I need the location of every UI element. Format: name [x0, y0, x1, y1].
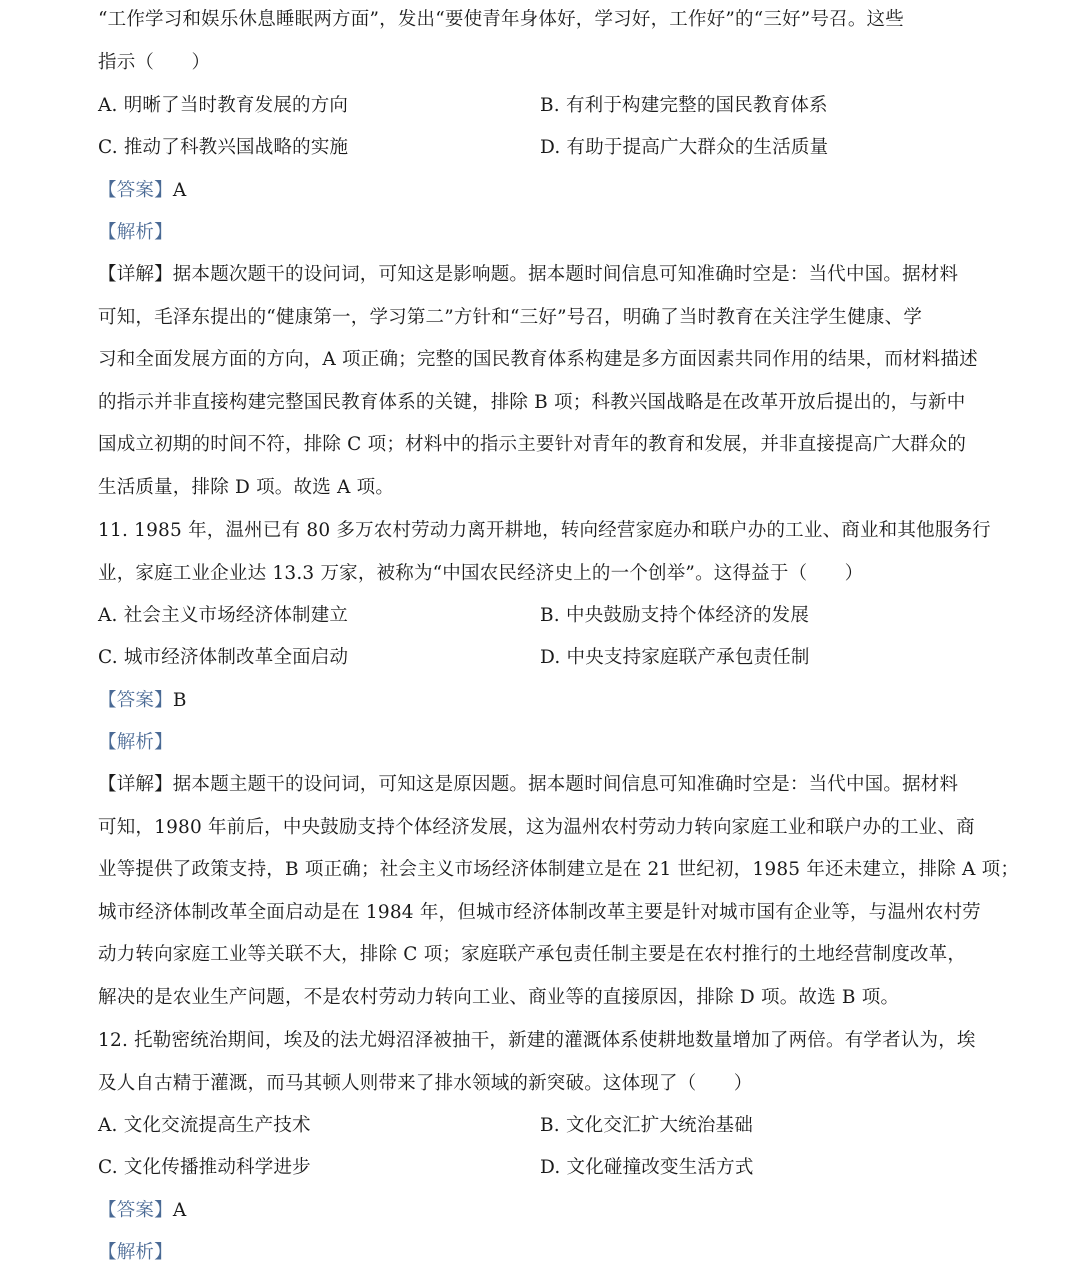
- q11-option-b: B. 中央鼓励支持个体经济的发展: [540, 604, 809, 628]
- q11-detail-line-6: 解决的是农业生产问题，不是农村劳动力转向工业、商业等的直接原因，排除 D 项。故…: [98, 986, 899, 1010]
- q11-option-a: A. 社会主义市场经济体制建立: [98, 604, 348, 628]
- answer-label: 【答案】: [98, 180, 173, 201]
- q11-detail-line-3: 业等提供了政策支持，B 项正确；社会主义市场经济体制建立是在 21 世纪初，19…: [98, 858, 1019, 882]
- answer-value: A: [173, 1200, 187, 1221]
- q10-stem-line-2: 指示（ ）: [98, 51, 210, 75]
- q11-stem-line-1: 11. 1985 年，温州已有 80 多万农村劳动力离开耕地，转向经营家庭办和联…: [98, 519, 991, 543]
- q11-detail-line-4: 城市经济体制改革全面启动是在 1984 年，但城市经济体制改革主要是针对城市国有…: [98, 901, 981, 925]
- q12-option-a: A. 文化交流提高生产技术: [98, 1114, 311, 1138]
- q10-detail-line-6: 生活质量，排除 D 项。故选 A 项。: [98, 476, 394, 500]
- q12-analysis-label: 【解析】: [98, 1241, 173, 1265]
- q11-answer: 【答案】B: [98, 689, 187, 713]
- answer-value: B: [173, 690, 187, 711]
- q10-option-c: C. 推动了科教兴国战略的实施: [98, 136, 348, 160]
- answer-label: 【答案】: [98, 690, 173, 711]
- q10-analysis-label: 【解析】: [98, 221, 173, 245]
- answer-value: A: [173, 180, 187, 201]
- q10-detail-line-4: 的指示并非直接构建完整国民教育体系的关键，排除 B 项；科教兴国战略是在改革开放…: [98, 391, 965, 415]
- q10-detail-line-1: 【详解】据本题次题干的设问词，可知这是影响题。据本题时间信息可知准确时空是：当代…: [98, 263, 958, 287]
- q12-option-c: C. 文化传播推动科学进步: [98, 1156, 311, 1180]
- q11-option-c: C. 城市经济体制改革全面启动: [98, 646, 348, 670]
- q10-stem-line-1: “工作学习和娱乐休息睡眠两方面”，发出“要使青年身体好，学习好，工作好”的“三好…: [98, 8, 904, 32]
- q11-detail-line-1: 【详解】据本题主题干的设问词，可知这是原因题。据本题时间信息可知准确时空是：当代…: [98, 773, 958, 797]
- q12-stem-line-1: 12. 托勒密统治期间，埃及的法尤姆沼泽被抽干，新建的灌溉体系使耕地数量增加了两…: [98, 1029, 976, 1053]
- q10-option-b: B. 有利于构建完整的国民教育体系: [540, 94, 828, 118]
- q10-answer: 【答案】A: [98, 179, 186, 203]
- q12-option-b: B. 文化交汇扩大统治基础: [540, 1114, 753, 1138]
- answer-label: 【答案】: [98, 1200, 173, 1221]
- q11-analysis-label: 【解析】: [98, 731, 173, 755]
- q12-option-d: D. 文化碰撞改变生活方式: [540, 1156, 754, 1180]
- q10-detail-line-5: 国成立初期的时间不符，排除 C 项；材料中的指示主要针对青年的教育和发展，并非直…: [98, 433, 966, 457]
- q11-detail-line-2: 可知，1980 年前后，中央鼓励支持个体经济发展，这为温州农村劳动力转向家庭工业…: [98, 816, 975, 840]
- q12-answer: 【答案】A: [98, 1199, 186, 1223]
- q10-option-a: A. 明晰了当时教育发展的方向: [98, 94, 348, 118]
- q10-detail-line-2: 可知，毛泽东提出的“健康第一，学习第二”方针和“三好”号召，明确了当时教育在关注…: [98, 306, 922, 330]
- q12-stem-line-2: 及人自古精于灌溉，而马其顿人则带来了排水领域的新突破。这体现了（ ）: [98, 1072, 753, 1096]
- q10-option-d: D. 有助于提高广大群众的生活质量: [540, 136, 828, 160]
- q10-detail-line-3: 习和全面发展方面的方向，A 项正确；完整的国民教育体系构建是多方面因素共同作用的…: [98, 348, 978, 372]
- q11-stem-line-2: 业，家庭工业企业达 13.3 万家，被称为“中国农民经济史上的一个创举”。这得益…: [98, 562, 863, 586]
- q11-option-d: D. 中央支持家庭联产承包责任制: [540, 646, 810, 670]
- q11-detail-line-5: 动力转向家庭工业等关联不大，排除 C 项；家庭联产承包责任制主要是在农村推行的土…: [98, 943, 966, 967]
